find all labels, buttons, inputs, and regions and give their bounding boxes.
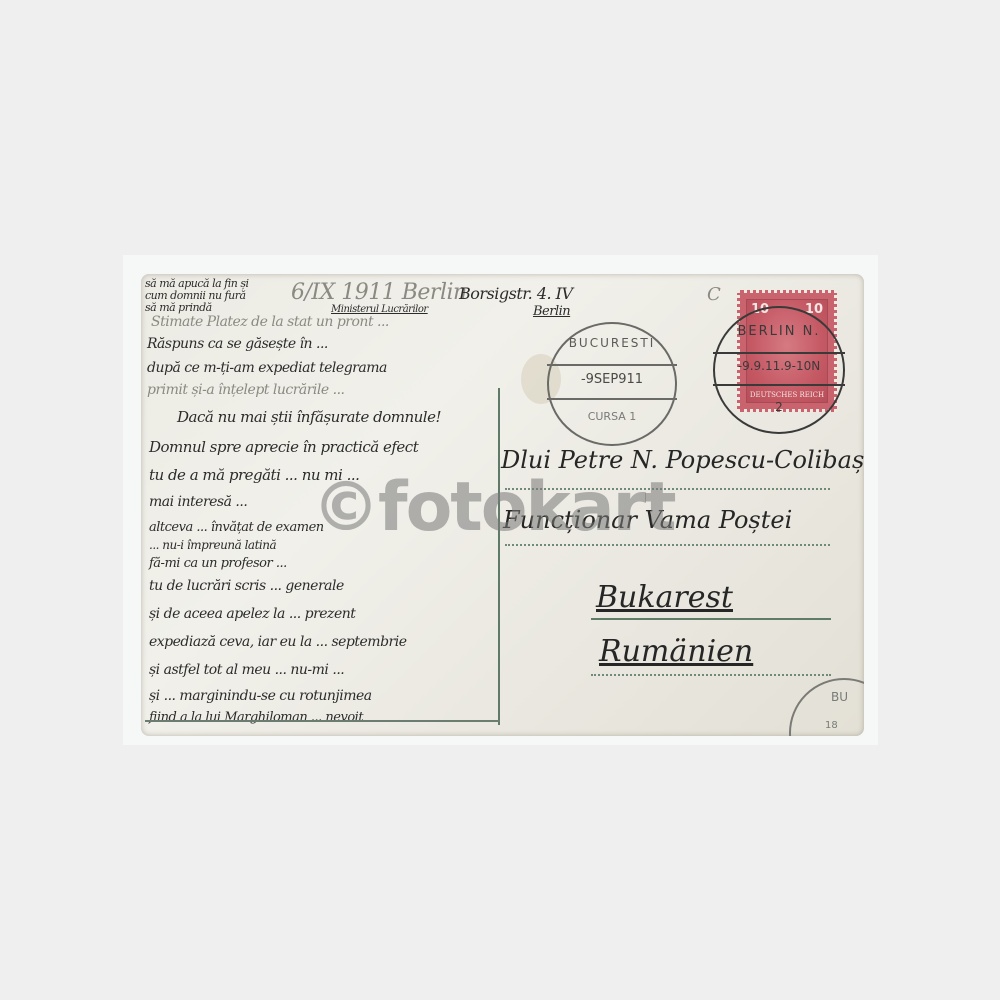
postmark-date: -9SEP911 [549,372,675,387]
postmark-bucuresti-partial: BU 18 [789,678,864,736]
address-rule [591,674,831,676]
message-line: și de aceea apelez la ... prezent [149,606,355,622]
message-frame-line [145,720,500,722]
message-line: și astfel tot al meu ... nu-mi ... [149,662,344,678]
message-line: fă-mi ca un profesor ... [149,556,287,571]
message-divider [498,388,500,725]
corner-mark: C [707,284,720,305]
message-line: să mă prindă [145,301,212,314]
sender-street: Borsigstr. 4. IV [459,284,573,303]
message-line: altceva ... învățat de examen [149,520,324,535]
message-line: și ... marginindu-se cu rotunjimea [149,688,372,704]
address-rule [591,618,831,620]
sender-city: Berlin [533,304,570,319]
postmark-office: 2 [715,400,843,414]
message-line: Răspuns ca se găsește în ... [147,336,328,352]
interlinear-note: Ministerul Lucrărilor [331,304,428,315]
message-line: tu de lucrări scris ... generale [149,578,344,594]
postmark-date: -9.9.11.9-10N [715,359,843,373]
date-place-note: 6/IX 1911 Berlin [291,280,467,305]
message-line: mai interesă ... [149,494,247,510]
postmark-city: BUCURESTI [549,336,675,350]
postmark-berlin: BERLIN N. -9.9.11.9-10N 2 [713,306,845,434]
message-line: Dacă nu mai știi înfășurate domnule! [177,408,441,426]
watermark: ©fotokart [312,468,675,547]
message-line: fiind a la lui Marghiloman ... nevoit [149,710,363,725]
address-line-city: Bukarest [596,580,733,615]
message-line: după ce m-ți-am expediat telegrama [147,360,387,376]
postmark-city: BU [831,690,864,704]
message-line: Domnul spre aprecie în practică efect [149,438,418,456]
message-line: primit și-a înțelept lucrările ... [147,382,344,398]
address-line-country: Rumänien [599,634,753,669]
message-line: ... nu-i împreună latină [149,538,276,552]
message-line: expediază ceva, iar eu la ... septembrie [149,634,407,650]
postmark-bottom: 18 [825,720,864,731]
postmark-city: BERLIN N. [715,324,843,339]
postmark-bottom: CURSA 1 [549,410,675,423]
postmark-bucuresti: BUCURESTI -9SEP911 CURSA 1 [547,322,677,446]
message-line: Stimate Platez de la stat un pront ... [151,314,389,330]
